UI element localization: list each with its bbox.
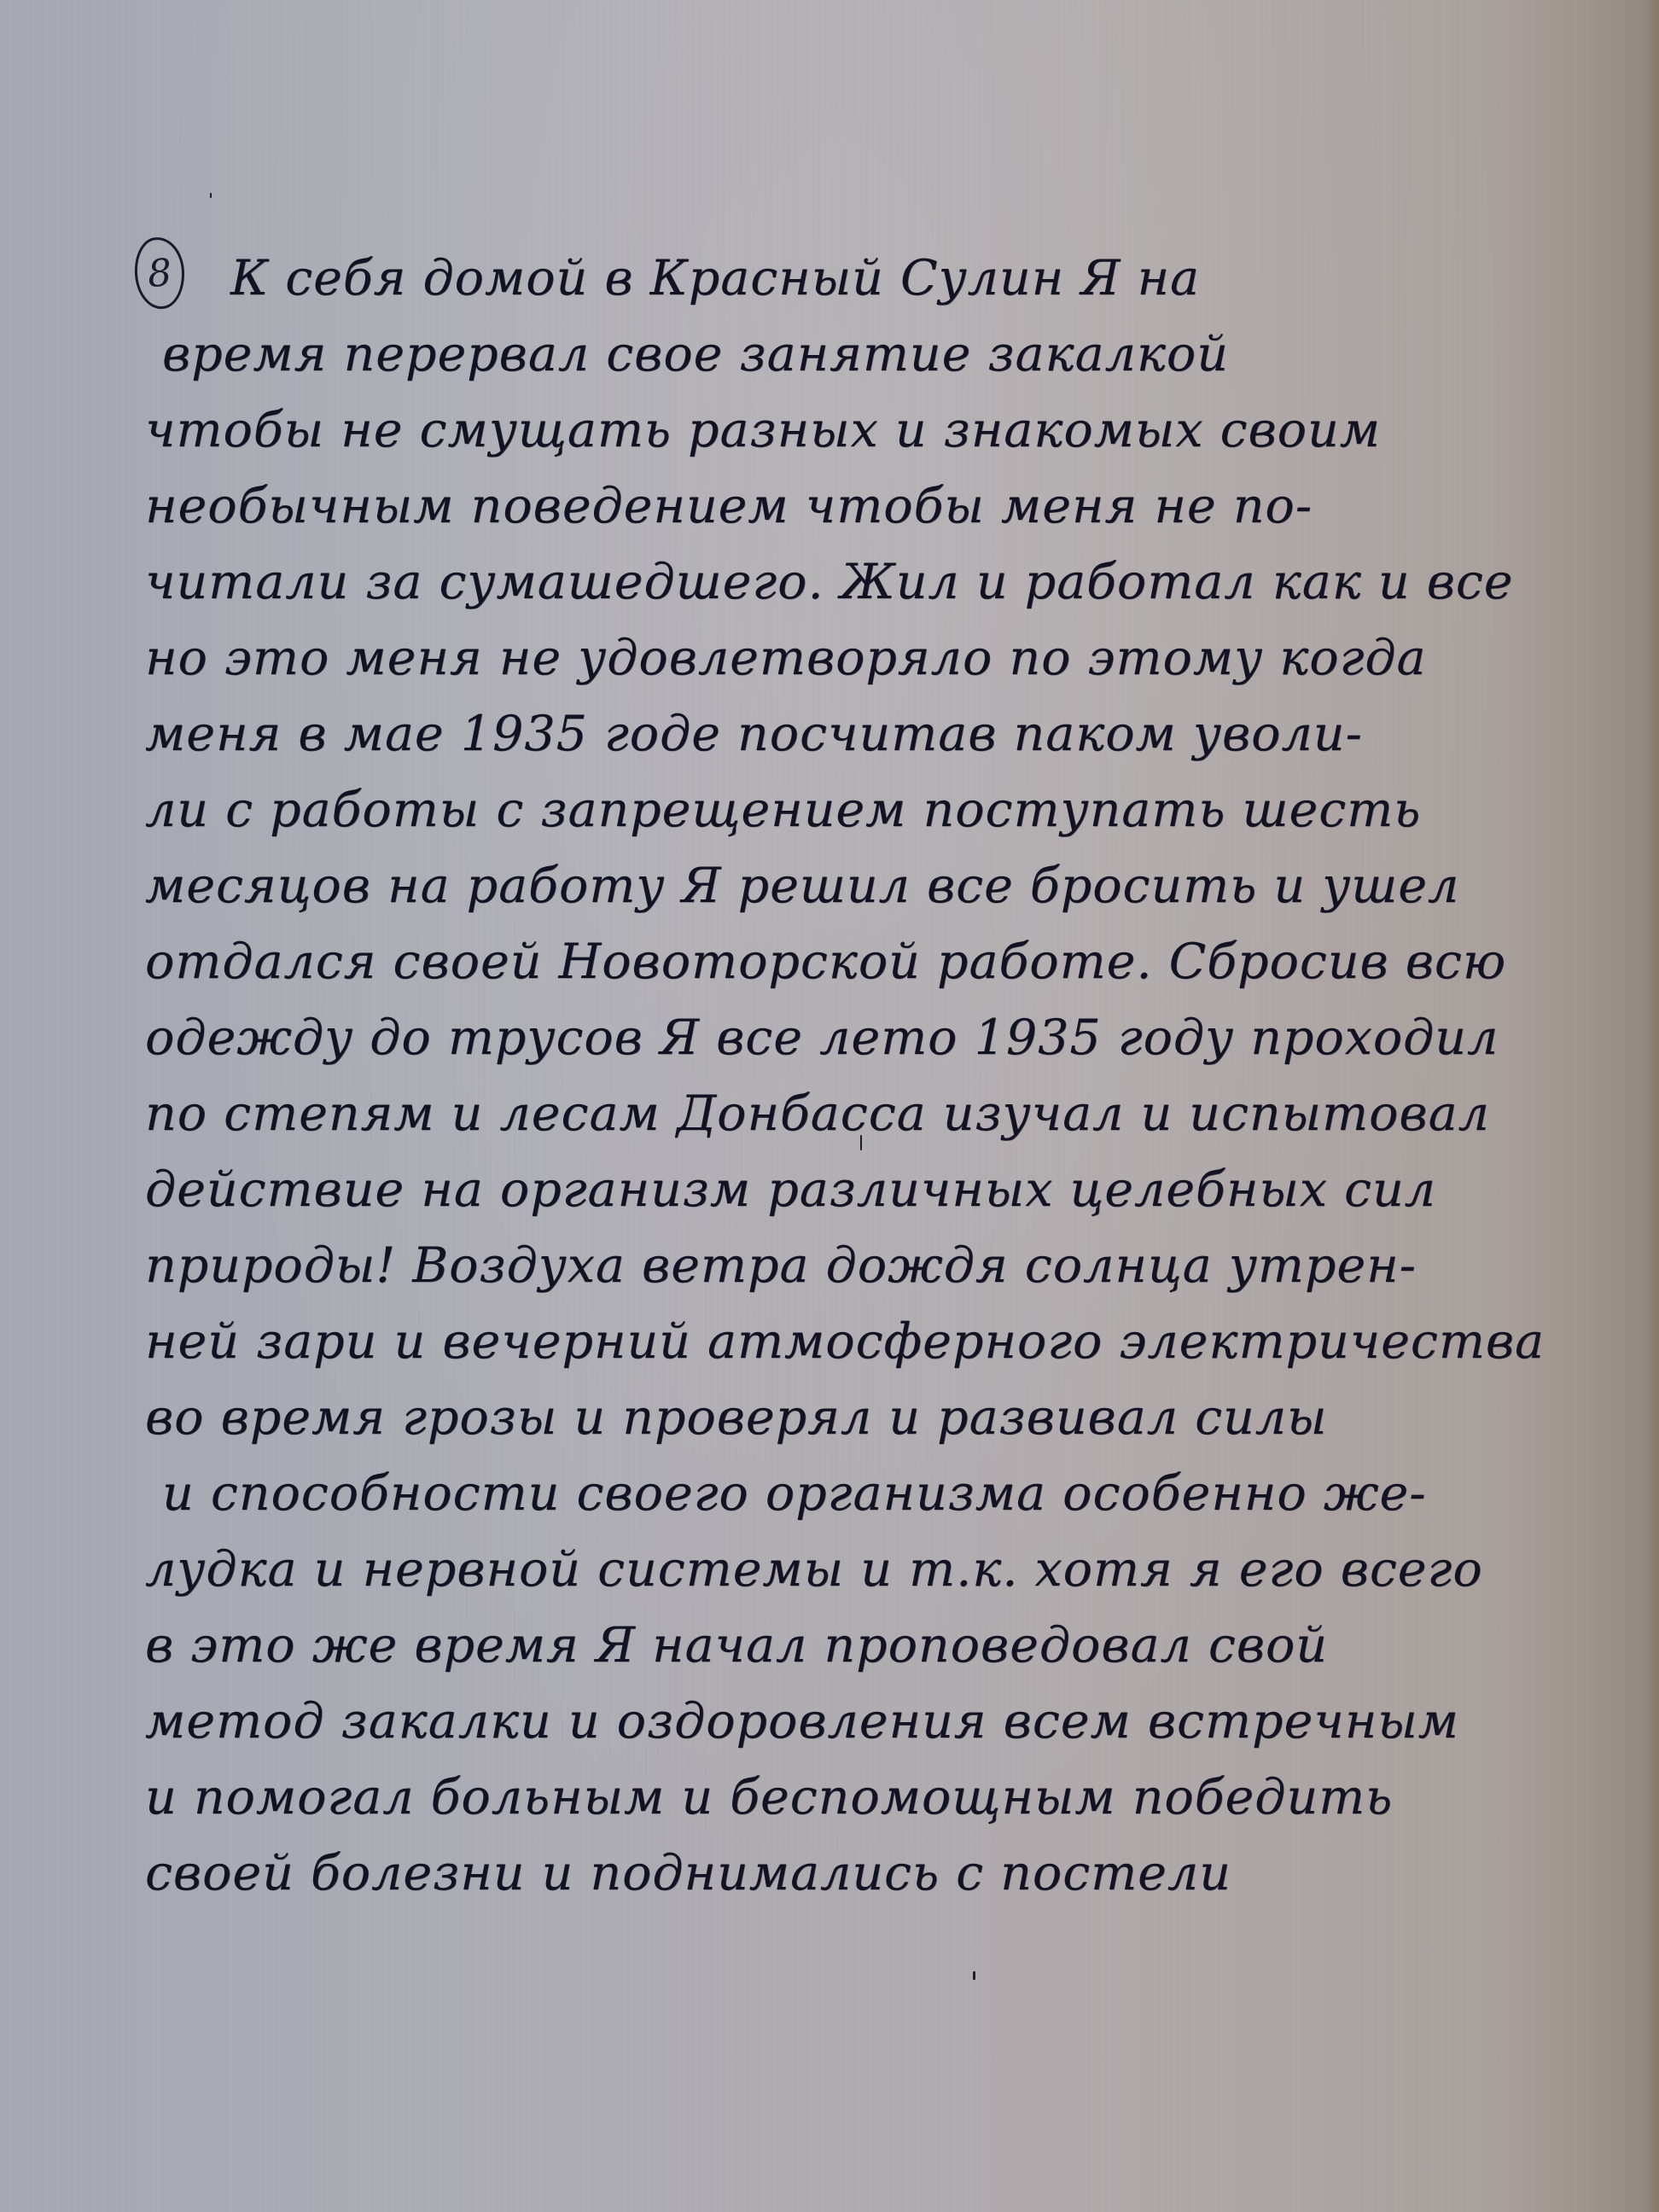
- text-line: но это меня не удовлетворяло по этому ко…: [145, 620, 1562, 696]
- text-line: читали за сумашедшего. Жил и работал как…: [145, 544, 1562, 620]
- text-line: необычным поведением чтобы меня не по-: [145, 469, 1562, 544]
- text-line: и способности своего организма особенно …: [145, 1456, 1562, 1532]
- text-line: по степям и лесам Донбасса изучал и испы…: [145, 1076, 1562, 1152]
- text-line: месяцов на работу Я решил все бросить и …: [145, 848, 1562, 924]
- text-line: действие на организм различных целебных …: [145, 1152, 1562, 1228]
- ink-speck: [860, 1135, 862, 1150]
- text-line: отдался своей Новоторской работе. Сброси…: [145, 924, 1562, 1000]
- text-line: время перервал свое занятие закалкой: [145, 317, 1562, 393]
- manuscript-page: 8 К себя домой в Красный Сулин Я на врем…: [0, 0, 1659, 2212]
- handwritten-text-block: К себя домой в Красный Сулин Я на время …: [145, 241, 1562, 1912]
- text-line: ли с работы с запрещением поступать шест…: [145, 772, 1562, 848]
- text-line: в это же время Я начал проповедовал свой: [145, 1608, 1562, 1684]
- ink-speck: [210, 193, 212, 198]
- text-line: чтобы не смущать разных и знакомых своим: [145, 393, 1562, 469]
- text-line: лудка и нервной системы и т.к. хотя я ег…: [145, 1532, 1562, 1608]
- text-line: одежду до трусов Я все лето 1935 году пр…: [145, 1000, 1562, 1076]
- text-line: во время грозы и проверял и развивал сил…: [145, 1380, 1562, 1456]
- ink-speck: [973, 1971, 975, 1980]
- text-line: и помогал больным и беспомощным победить: [145, 1760, 1562, 1836]
- text-line: ней зари и вечерний атмосферного электри…: [145, 1304, 1562, 1380]
- text-line: метод закалки и оздоровления всем встреч…: [145, 1684, 1562, 1760]
- text-line: своей болезни и поднимались с постели: [145, 1836, 1562, 1912]
- text-line: К себя домой в Красный Сулин Я на: [145, 241, 1562, 317]
- text-line: меня в мае 1935 годе посчитав паком увол…: [145, 696, 1562, 772]
- text-line: природы! Воздуха ветра дождя солнца утре…: [145, 1228, 1562, 1304]
